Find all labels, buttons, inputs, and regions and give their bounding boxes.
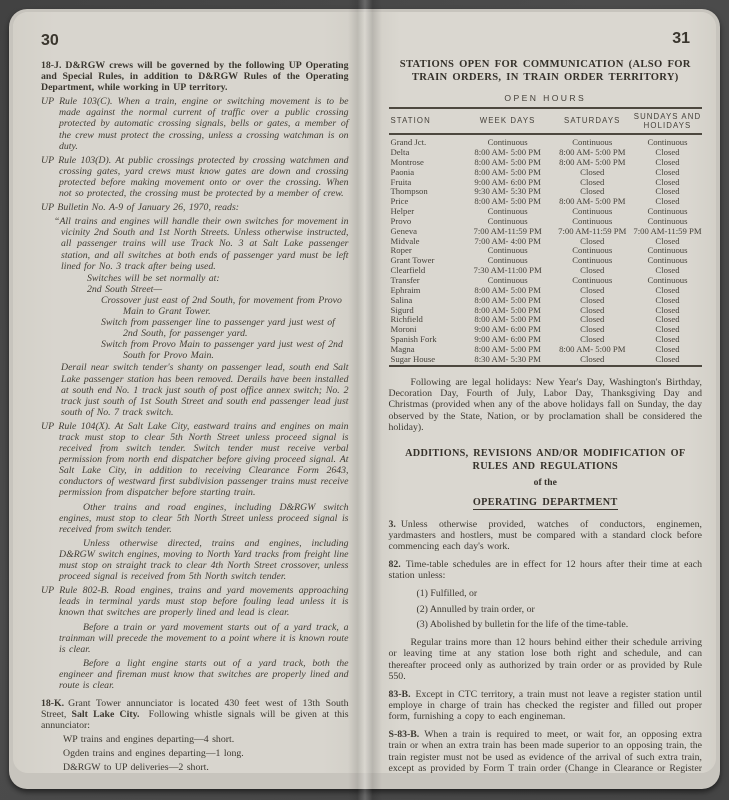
rule-18j-label: 18-J. [41,60,61,71]
rule-82-list-item: (3) Abolished by bulletin for the life o… [417,619,703,630]
rule-s83b-paragraph: S-83-B.When a train is required to meet,… [389,729,703,773]
of-the-label: of the [389,477,703,488]
station-name-cell: Grand Jct. [389,134,464,148]
rule-82-paragraph: 82.Time-table schedules are in effect fo… [389,559,703,582]
column-header-station: STATION [389,108,464,134]
table-header-row: STATION WEEK DAYS SATURDAYS SUNDAYS ANDH… [389,108,703,134]
legal-holidays-paragraph: Following are legal holidays: New Year's… [389,377,703,434]
up-rule-103d-paragraph: UP Rule 103(D). At public crossings prot… [41,155,349,199]
column-header-saturdays: SATURDAYS [552,108,634,134]
page-30: 30 18-J.D&RGW crews will be governed by … [13,12,365,773]
whistle-signal-item: WP trains and engines departing—4 short. [63,734,349,745]
up-rule-104x-paragraph-3: Unless otherwise directed, trains and en… [59,538,349,582]
up-rule-802b-paragraph: UP Rule 802-B. Road engines, trains and … [41,585,349,618]
up-rule-802b-paragraph-2: Before a train or yard movement starts o… [59,622,349,655]
stations-open-hours-table: STATION WEEK DAYS SATURDAYS SUNDAYS ANDH… [389,107,703,367]
saturdays-hours-cell: Continuous [552,134,634,148]
derail-paragraph: Derail near switch tender's shanty on pa… [61,362,349,417]
salt-lake-city-bold: Salt Lake City. [72,709,140,720]
weekdays-hours-cell: Continuous [464,134,552,148]
column-header-weekdays: WEEK DAYS [464,108,552,134]
station-row: Sugar House 8:30 AM- 5:30 PM Closed Clos… [389,355,703,366]
additions-revisions-heading: ADDITIONS, REVISIONS AND/OR MODIFICATION… [389,447,703,474]
second-south-street-line: 2nd South Street— [87,284,349,295]
up-rule-103c-paragraph: UP Rule 103(C). When a train, engine or … [41,96,349,151]
rule-18k-paragraph: 18-K.Grant Tower annunciator is located … [41,698,349,731]
saturdays-hours-cell: Closed [552,355,634,366]
sundays-holidays-cell: Continuous [633,134,702,148]
stations-table-title: STATIONS OPEN FOR COMMUNICATION (ALSO FO… [389,58,703,84]
scanned-book-spread: 30 18-J.D&RGW crews will be governed by … [0,0,729,800]
open-spread: 30 18-J.D&RGW crews will be governed by … [13,12,716,773]
operating-department-heading: OPERATING DEPARTMENT [473,497,618,510]
up-bulletin-a9-heading: UP Bulletin No. A-9 of January 26, 1970,… [41,202,349,213]
switches-set-line: Switches will be set normally at: [87,273,349,284]
switch-sub-item: Switch from passenger line to passenger … [123,317,349,339]
weekdays-hours-cell: 8:30 AM- 5:30 PM [464,355,552,366]
bulletin-quote-paragraph: “All trains and engines will handle thei… [61,216,349,271]
rule-82-continuation-paragraph: Regular trains more than 12 hours behind… [389,637,703,683]
open-hours-label: OPEN HOURS [389,93,703,103]
rule-3-paragraph: 3.Unless otherwise provided, watches of … [389,519,703,553]
page-number-31: 31 [672,30,690,48]
page-31: 31 STATIONS OPEN FOR COMMUNICATION (ALSO… [365,12,717,773]
column-header-sundays-holidays: SUNDAYS ANDHOLIDAYS [633,108,702,134]
switch-sub-item: Crossover just east of 2nd South, for mo… [123,295,349,317]
rule-82-list-item: (2) Annulled by train order, or [417,604,703,615]
rule-18k-label: 18-K. [41,698,64,709]
up-rule-802b-paragraph-3: Before a light engine starts out of a ya… [59,658,349,691]
up-rule-104x-paragraph-2: Other trains and road engines, including… [59,502,349,535]
rule-82-list-item: (1) Fulfilled, or [417,588,703,599]
operating-department-heading-wrap: OPERATING DEPARTMENT [389,492,703,510]
rule-82-number: 82. [389,559,401,570]
sundays-holidays-cell: Closed [633,355,702,366]
page-number-30: 30 [41,32,349,50]
rule-83b-paragraph: 83-B.Except in CTC territory, a train mu… [389,689,703,723]
whistle-signal-item: Ogden trains and engines departing—1 lon… [63,748,349,759]
up-rule-104x-paragraph: UP Rule 104(X). At Salt Lake City, eastw… [41,421,349,499]
rule-18j-paragraph: 18-J.D&RGW crews will be governed by the… [41,60,349,93]
station-name-cell: Sugar House [389,355,464,366]
switch-sub-item: Switch from Provo Main to passenger yard… [123,339,349,361]
whistle-signal-item: D&RGW to UP deliveries—2 short. [63,762,349,773]
rule-3-number: 3. [389,519,396,530]
station-row: Grand Jct. Continuous Continuous Continu… [389,134,703,148]
rule-83b-number: 83-B. [389,689,411,700]
rule-s83b-number: S-83-B. [389,729,420,740]
